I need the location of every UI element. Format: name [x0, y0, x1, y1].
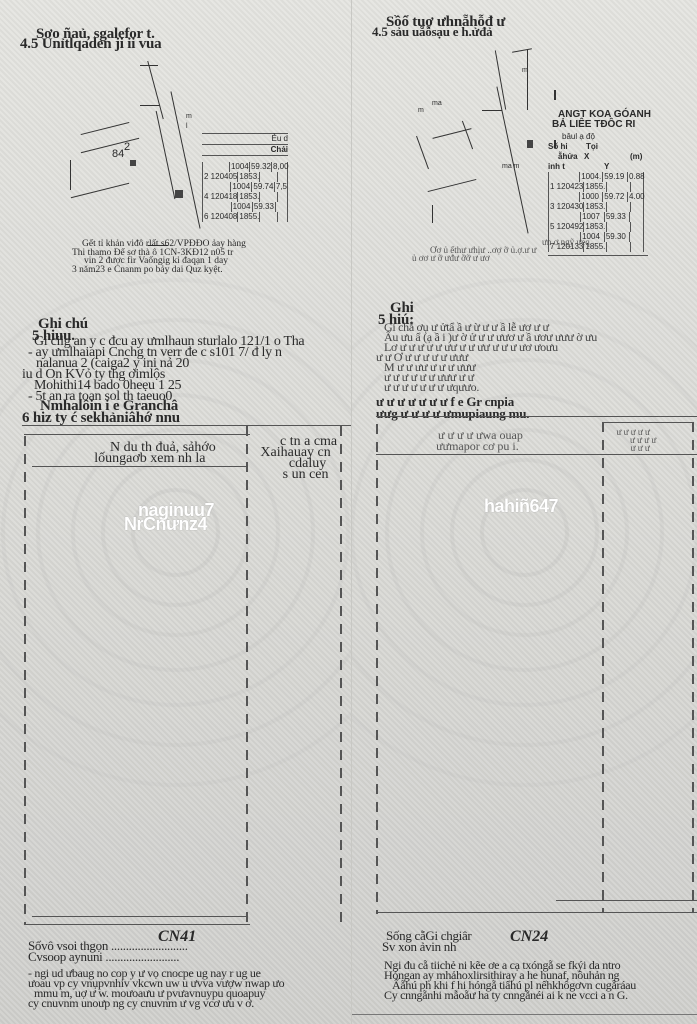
coord-header: Chải	[271, 145, 288, 155]
changes-col2-header: ư ư ư ư ư ư ư ư ư ư ư ư	[610, 428, 656, 452]
coord-row: 5 1204921853.	[548, 222, 644, 232]
changes-table: ư ư ư ư ưwa ouap ưưmapor cơ pu i. ư ư ư …	[376, 416, 696, 916]
coord-row: 100759.33	[548, 212, 644, 222]
map-label: 2	[124, 143, 130, 152]
serial-number: CN24	[510, 928, 548, 946]
coord-header: Ẻu d	[272, 134, 288, 144]
map-caption: Gết tỉ khản viđô rlất s62/VPĐĐO ảay hàng…	[72, 240, 246, 274]
coord-row: 6 1204081855.	[202, 212, 288, 222]
changes-title: Nmhalôin i e Granchâ 6 hiz ty ć sekhảniâ…	[22, 400, 180, 424]
watermark: naginuu7 NrCnưnz4	[136, 503, 214, 531]
section-header-line-2: 4.5 Unỉtlqaden ji ii vua	[20, 38, 161, 50]
divider	[352, 1014, 697, 1015]
footer-fields: Sốvô vsoi thgọn ........................…	[28, 940, 188, 962]
coord-table-title: ANGT KOA GÓANH BẢ LIÊE TĐÔC RI	[552, 110, 651, 130]
coordinate-table: Ẻu d Chải 100459.328,002 1204051853.1004…	[202, 133, 288, 222]
changes-col1-header: ư ư ư ư ưwa ouap ưưmapor cơ pu i.	[432, 430, 523, 452]
coord-row: 2 1204051853.	[202, 172, 288, 182]
footer-paragraph: Ngi đu cẵ tiichẻ ni kẽe ơe a cạ txóngẵ s…	[384, 960, 636, 1000]
coord-row: 100459.328,00	[202, 162, 288, 172]
coord-row: 100459.33	[202, 202, 288, 212]
map-label: m	[522, 67, 528, 75]
section-header-line-2: 4.5 sảu uẵỗsạu e h.ửđả	[372, 26, 492, 38]
notes-body: Gi chẵ ơụ ư ửtẩ ầ ư ừ ư ư ầ lễ ươ ư ư Ẩu…	[384, 322, 597, 392]
map-label: 84	[112, 150, 124, 159]
changes-col1-header: N du th đuả, sảhớo lốungaơb xem nh la	[84, 442, 216, 464]
changes-col2-header: c tn a cma Xaihauay cn cdaluy s un cen	[254, 436, 337, 480]
coord-row: 100459.747,5	[202, 182, 288, 192]
map-label: m	[186, 113, 192, 121]
map-label: l	[186, 123, 188, 131]
coord-row: 3 1204301853.	[548, 202, 644, 212]
coord-row: 1004.59.190.88	[548, 172, 644, 182]
map-label: m	[418, 107, 424, 115]
footer-fields: Sống cẵGi chgiâr Sv xon ảvin nh	[386, 930, 471, 952]
map-caption: ưn ơ ngỹ ưeq Ơơ ủ ểthư ưhịư ..ơợ ỡ ủ.ợ.ư…	[412, 238, 590, 262]
map-label: ma	[432, 100, 442, 108]
notes-body: Gi cilg an y c đcu ay ưmlhaun sturlalo 1…	[28, 336, 304, 402]
right-page: Sồổ tuợ ưhnẵhỗđ ư 4.5 sảu uẵỗsạu e h.ửđả…	[352, 0, 697, 1024]
left-page: Sơo ñaủ, sgalefor t. 4.5 Unỉtlqaden ji i…	[0, 0, 352, 1024]
footer-paragraph: - ngi ud ưbaug no cop y ư vọ cnocpe ug n…	[28, 968, 284, 1008]
coord-row: 1 1204231855.	[548, 182, 644, 192]
coord-row: 100059.724.00	[548, 192, 644, 202]
parcel-map: ma m m ma m	[412, 45, 552, 235]
map-label: ma m	[502, 163, 520, 171]
parcel-map: 84 2 m l	[60, 50, 220, 230]
watermark: hahiñ647	[484, 496, 558, 517]
coord-row: 4 1204181853.	[202, 192, 288, 202]
